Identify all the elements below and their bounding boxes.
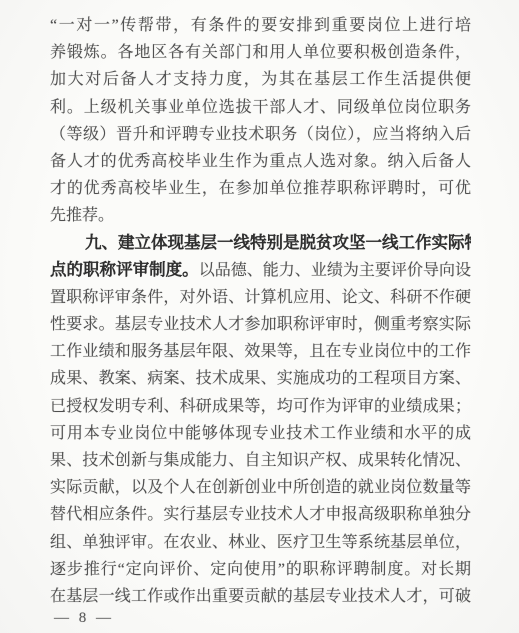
text-line: 已授权发明专利、科研成果等，均可作为评审的业绩成果； [50, 393, 471, 420]
body-text-segment: 以品德、能力、业绩为主要评价导向设 [199, 262, 471, 279]
document-text-block: “一对一”传帮带，有条件的要安排到重要岗位上进行培 养锻炼。各地区各有关部门和用… [50, 12, 471, 610]
text-line: 可用本专业岗位中能够体现专业技术工作业绩和水平的成 [50, 420, 471, 447]
page-number: — 8 — [54, 607, 114, 629]
text-line: 实际贡献，以及个人在创新创业中所创造的就业岗位数量等 [50, 474, 471, 501]
text-line: 成果、教案、病案、技术成果、实施成功的工程项目方案、 [50, 365, 471, 392]
text-line: 性要求。基层专业技术人才参加职称评审时，侧重考察实际 [50, 311, 471, 338]
scanned-document-page: “一对一”传帮带，有条件的要安排到重要岗位上进行培 养锻炼。各地区各有关部门和用… [0, 0, 519, 633]
text-line: （等级）晋升和评聘专业技术职务（岗位），应当将纳入后 [50, 121, 471, 148]
text-line: 替代相应条件。实行基层专业技术人才申报高级职称单独分 [50, 501, 471, 528]
text-line: 工作业绩和服务基层年限、效果等，且在专业岗位中的工作 [50, 338, 471, 365]
text-line: 备人才的优秀高校毕业生作为重点人选对象。纳入后备人 [50, 148, 471, 175]
text-line: 才的优秀高校毕业生，在参加单位推荐职称评聘时，可优 [50, 175, 471, 202]
section-heading-bold-text: 九、建立体现基层一线特别是脱贫攻坚一线工作实际特 [85, 234, 471, 252]
text-line: 利。上级机关事业单位选拔干部人才、同级单位岗位职务 [50, 94, 471, 121]
text-line-paragraph-end: 先推荐。 [50, 202, 471, 229]
text-line: 加大对后备人才支持力度，为其在基层工作生活提供便 [50, 66, 471, 93]
text-line: 养锻炼。各地区各有关部门和用人单位要积极创造条件， [50, 39, 471, 66]
text-line: “一对一”传帮带，有条件的要安排到重要岗位上进行培 [50, 12, 471, 39]
section-heading-bold-text: 点的职称评审制度。 [50, 261, 199, 279]
text-line: 组、单独评审。在农业、林业、医疗卫生等系统基层单位， [50, 529, 471, 556]
text-line: 逐步推行“定向评价、定向使用”的职称评聘制度。对长期 [50, 556, 471, 583]
section-heading-continuation-line: 点的职称评审制度。以品德、能力、业绩为主要评价导向设 [50, 257, 471, 284]
text-line: 置职称评审条件，对外语、计算机应用、论文、科研不作硬 [50, 284, 471, 311]
section-heading-line: 九、建立体现基层一线特别是脱贫攻坚一线工作实际特 [50, 230, 471, 257]
text-line: 果、技术创新与集成能力、自主知识产权、成果转化情况、 [50, 447, 471, 474]
